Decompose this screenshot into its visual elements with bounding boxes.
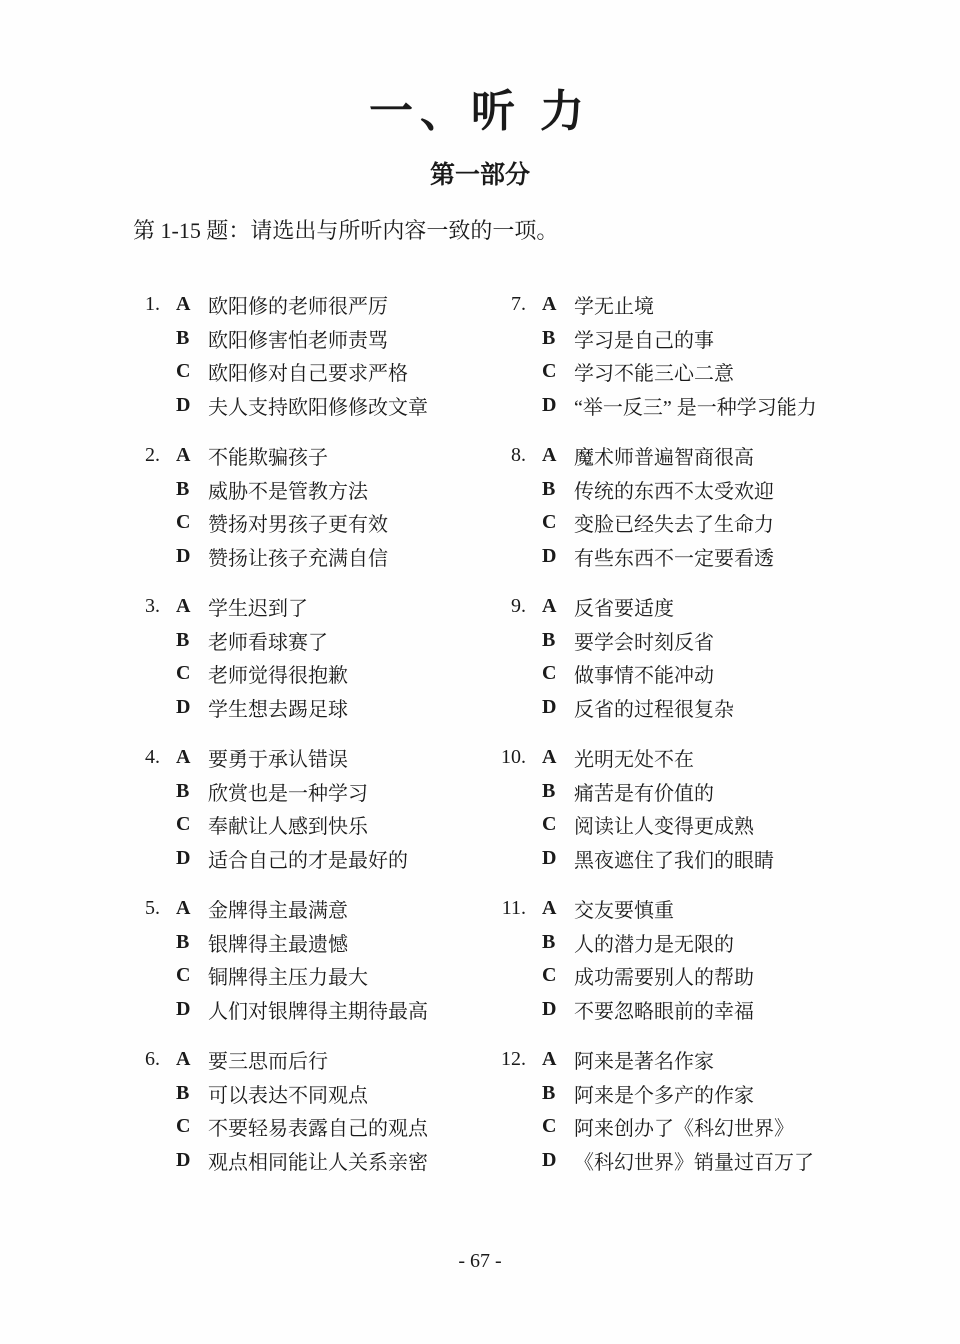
question-number: 10.	[480, 746, 526, 769]
question-block: 5.A金牌得主最满意B银牌得主最遗憾C铜牌得主压力最大D人们对银牌得主期待最高	[114, 892, 480, 1026]
option-row: 8.A魔术师普遍智商很高	[480, 439, 960, 473]
option-row: 9.A反省要适度	[480, 590, 960, 624]
option-text: 威胁不是管教方法	[208, 475, 368, 504]
option-row: C学习不能三心二意	[480, 355, 960, 389]
option-letter: A	[542, 293, 566, 316]
option-row: 10.A光明无处不在	[480, 741, 960, 775]
option-letter: C	[176, 813, 200, 836]
question-number: 12.	[480, 1048, 526, 1071]
option-row: 1.A欧阳修的老师很严厉	[114, 288, 480, 322]
option-row: B传统的东西不太受欢迎	[480, 473, 960, 507]
option-text: 交友要慎重	[574, 894, 674, 923]
option-text: 阅读让人变得更成熟	[574, 810, 754, 839]
option-row: D适合自己的才是最好的	[114, 842, 480, 876]
option-text: 人们对银牌得主期待最高	[208, 995, 428, 1024]
option-letter: B	[176, 629, 200, 652]
option-row: B欧阳修害怕老师责骂	[114, 322, 480, 356]
option-letter: D	[542, 696, 566, 719]
option-row: C阅读让人变得更成熟	[480, 808, 960, 842]
question-block: 1.A欧阳修的老师很严厉B欧阳修害怕老师责骂C欧阳修对自己要求严格D夫人支持欧阳…	[114, 288, 480, 422]
option-row: B痛苦是有价值的	[480, 775, 960, 809]
option-row: D观点相同能让人关系亲密	[114, 1144, 480, 1178]
option-letter: B	[542, 327, 566, 350]
option-text: 有些东西不一定要看透	[574, 542, 774, 571]
option-letter: C	[542, 813, 566, 836]
option-row: D不要忽略眼前的幸福	[480, 993, 960, 1027]
option-text: 金牌得主最满意	[208, 894, 348, 923]
option-letter: B	[176, 1082, 200, 1105]
question-number: 7.	[480, 293, 526, 316]
option-text: 可以表达不同观点	[208, 1079, 368, 1108]
question-block: 6.A要三思而后行B可以表达不同观点C不要轻易表露自己的观点D观点相同能让人关系…	[114, 1043, 480, 1177]
option-text: 《科幻世界》销量过百万了	[574, 1146, 814, 1175]
questions-area: 1.A欧阳修的老师很严厉B欧阳修害怕老师责骂C欧阳修对自己要求严格D夫人支持欧阳…	[0, 288, 960, 1194]
question-number: 2.	[114, 444, 160, 467]
option-row: D反省的过程很复杂	[480, 691, 960, 725]
exam-page: 一、听 力 第一部分 第 1-15 题：请选出与所听内容一致的一项。 1.A欧阳…	[0, 0, 960, 1344]
option-row: D学生想去踢足球	[114, 691, 480, 725]
option-letter: A	[176, 1048, 200, 1071]
option-row: 11.A交友要慎重	[480, 892, 960, 926]
option-text: 光明无处不在	[574, 743, 694, 772]
option-row: B人的潜力是无限的	[480, 926, 960, 960]
option-row: 2.A不能欺骗孩子	[114, 439, 480, 473]
option-letter: C	[176, 511, 200, 534]
option-row: D《科幻世界》销量过百万了	[480, 1144, 960, 1178]
option-text: 夫人支持欧阳修修改文章	[208, 391, 428, 420]
option-row: 3.A学生迟到了	[114, 590, 480, 624]
question-block: 9.A反省要适度B要学会时刻反省C做事情不能冲动D反省的过程很复杂	[480, 590, 960, 724]
option-row: B老师看球赛了	[114, 624, 480, 658]
option-row: 7.A学无止境	[480, 288, 960, 322]
option-text: 学习不能三心二意	[574, 357, 734, 386]
option-text: 适合自己的才是最好的	[208, 844, 408, 873]
question-block: 3.A学生迟到了B老师看球赛了C老师觉得很抱歉D学生想去踢足球	[114, 590, 480, 724]
question-number: 9.	[480, 595, 526, 618]
option-row: C变脸已经失去了生命力	[480, 506, 960, 540]
option-text: 欧阳修的老师很严厉	[208, 290, 388, 319]
option-letter: A	[542, 746, 566, 769]
option-letter: D	[542, 394, 566, 417]
option-letter: C	[542, 1115, 566, 1138]
option-row: 12.A阿来是著名作家	[480, 1043, 960, 1077]
option-row: B阿来是个多产的作家	[480, 1077, 960, 1111]
option-letter: A	[176, 293, 200, 316]
question-number: 3.	[114, 595, 160, 618]
question-number: 4.	[114, 746, 160, 769]
option-text: 学习是自己的事	[574, 324, 714, 353]
option-letter: C	[176, 360, 200, 383]
option-text: 银牌得主最遗憾	[208, 928, 348, 957]
option-text: 阿来是著名作家	[574, 1045, 714, 1074]
option-letter: B	[542, 1082, 566, 1105]
option-row: D有些东西不一定要看透	[480, 540, 960, 574]
option-text: “举一反三” 是一种学习能力	[574, 391, 817, 420]
option-letter: A	[176, 746, 200, 769]
option-text: 黑夜遮住了我们的眼睛	[574, 844, 774, 873]
option-row: D赞扬让孩子充满自信	[114, 540, 480, 574]
option-row: B欣赏也是一种学习	[114, 775, 480, 809]
option-text: 要三思而后行	[208, 1045, 328, 1074]
option-letter: B	[176, 780, 200, 803]
option-text: 赞扬对男孩子更有效	[208, 508, 388, 537]
question-number: 8.	[480, 444, 526, 467]
option-row: B威胁不是管教方法	[114, 473, 480, 507]
option-letter: A	[176, 444, 200, 467]
option-text: 成功需要别人的帮助	[574, 961, 754, 990]
option-letter: C	[542, 511, 566, 534]
option-text: 做事情不能冲动	[574, 659, 714, 688]
option-letter: C	[176, 662, 200, 685]
option-row: D“举一反三” 是一种学习能力	[480, 389, 960, 423]
option-text: 反省的过程很复杂	[574, 693, 734, 722]
option-text: 奉献让人感到快乐	[208, 810, 368, 839]
option-letter: A	[542, 897, 566, 920]
option-letter: D	[176, 847, 200, 870]
option-text: 魔术师普遍智商很高	[574, 441, 754, 470]
question-number: 6.	[114, 1048, 160, 1071]
option-text: 变脸已经失去了生命力	[574, 508, 774, 537]
instruction-text: 第 1-15 题：请选出与所听内容一致的一项。	[133, 218, 558, 244]
option-row: 4.A要勇于承认错误	[114, 741, 480, 775]
option-text: 不能欺骗孩子	[208, 441, 328, 470]
question-block: 8.A魔术师普遍智商很高B传统的东西不太受欢迎C变脸已经失去了生命力D有些东西不…	[480, 439, 960, 573]
option-text: 阿来创办了《科幻世界》	[574, 1112, 794, 1141]
option-letter: A	[176, 897, 200, 920]
page-number: - 67 -	[0, 1250, 960, 1273]
option-text: 要学会时刻反省	[574, 626, 714, 655]
question-block: 12.A阿来是著名作家B阿来是个多产的作家C阿来创办了《科幻世界》D《科幻世界》…	[480, 1043, 960, 1177]
option-text: 反省要适度	[574, 592, 674, 621]
question-block: 11.A交友要慎重B人的潜力是无限的C成功需要别人的帮助D不要忽略眼前的幸福	[480, 892, 960, 1026]
option-letter: D	[176, 394, 200, 417]
option-text: 观点相同能让人关系亲密	[208, 1146, 428, 1175]
option-text: 欧阳修害怕老师责骂	[208, 324, 388, 353]
page-title: 一、听 力	[0, 90, 960, 134]
option-text: 痛苦是有价值的	[574, 777, 714, 806]
option-row: C做事情不能冲动	[480, 657, 960, 691]
option-letter: D	[542, 998, 566, 1021]
option-letter: A	[542, 595, 566, 618]
option-text: 学生迟到了	[208, 592, 308, 621]
question-block: 10.A光明无处不在B痛苦是有价值的C阅读让人变得更成熟D黑夜遮住了我们的眼睛	[480, 741, 960, 875]
option-text: 学无止境	[574, 290, 654, 319]
option-letter: B	[542, 629, 566, 652]
section-title: 第一部分	[0, 163, 960, 188]
option-letter: A	[542, 1048, 566, 1071]
option-row: D夫人支持欧阳修修改文章	[114, 389, 480, 423]
option-row: C成功需要别人的帮助	[480, 959, 960, 993]
option-letter: D	[176, 1149, 200, 1172]
question-number: 5.	[114, 897, 160, 920]
option-text: 阿来是个多产的作家	[574, 1079, 754, 1108]
option-row: D黑夜遮住了我们的眼睛	[480, 842, 960, 876]
option-letter: B	[176, 327, 200, 350]
option-text: 不要忽略眼前的幸福	[574, 995, 754, 1024]
option-text: 赞扬让孩子充满自信	[208, 542, 388, 571]
option-row: B可以表达不同观点	[114, 1077, 480, 1111]
option-row: B学习是自己的事	[480, 322, 960, 356]
option-text: 学生想去踢足球	[208, 693, 348, 722]
option-text: 人的潜力是无限的	[574, 928, 734, 957]
option-text: 要勇于承认错误	[208, 743, 348, 772]
option-row: 5.A金牌得主最满意	[114, 892, 480, 926]
option-text: 欧阳修对自己要求严格	[208, 357, 408, 386]
option-letter: A	[542, 444, 566, 467]
option-text: 老师看球赛了	[208, 626, 328, 655]
question-block: 4.A要勇于承认错误B欣赏也是一种学习C奉献让人感到快乐D适合自己的才是最好的	[114, 741, 480, 875]
question-number: 1.	[114, 293, 160, 316]
option-text: 铜牌得主压力最大	[208, 961, 368, 990]
option-text: 传统的东西不太受欢迎	[574, 475, 774, 504]
option-row: C不要轻易表露自己的观点	[114, 1110, 480, 1144]
option-text: 不要轻易表露自己的观点	[208, 1112, 428, 1141]
option-letter: B	[176, 931, 200, 954]
option-letter: B	[542, 478, 566, 501]
option-row: C铜牌得主压力最大	[114, 959, 480, 993]
option-letter: D	[542, 847, 566, 870]
question-block: 2.A不能欺骗孩子B威胁不是管教方法C赞扬对男孩子更有效D赞扬让孩子充满自信	[114, 439, 480, 573]
question-number: 11.	[480, 897, 526, 920]
option-letter: C	[176, 964, 200, 987]
option-text: 欣赏也是一种学习	[208, 777, 368, 806]
questions-column-right: 7.A学无止境B学习是自己的事C学习不能三心二意D“举一反三” 是一种学习能力8…	[480, 288, 960, 1194]
question-block: 7.A学无止境B学习是自己的事C学习不能三心二意D“举一反三” 是一种学习能力	[480, 288, 960, 422]
option-letter: C	[542, 360, 566, 383]
option-letter: B	[542, 780, 566, 803]
option-letter: C	[542, 964, 566, 987]
option-letter: C	[542, 662, 566, 685]
option-letter: D	[176, 998, 200, 1021]
option-row: C赞扬对男孩子更有效	[114, 506, 480, 540]
option-row: 6.A要三思而后行	[114, 1043, 480, 1077]
option-row: C欧阳修对自己要求严格	[114, 355, 480, 389]
questions-column-left: 1.A欧阳修的老师很严厉B欧阳修害怕老师责骂C欧阳修对自己要求严格D夫人支持欧阳…	[0, 288, 480, 1194]
option-row: C老师觉得很抱歉	[114, 657, 480, 691]
option-letter: D	[176, 545, 200, 568]
option-letter: D	[176, 696, 200, 719]
option-letter: D	[542, 545, 566, 568]
option-row: B要学会时刻反省	[480, 624, 960, 658]
option-letter: B	[176, 478, 200, 501]
option-letter: A	[176, 595, 200, 618]
option-letter: D	[542, 1149, 566, 1172]
option-text: 老师觉得很抱歉	[208, 659, 348, 688]
option-row: C奉献让人感到快乐	[114, 808, 480, 842]
option-row: D人们对银牌得主期待最高	[114, 993, 480, 1027]
option-letter: C	[176, 1115, 200, 1138]
option-row: B银牌得主最遗憾	[114, 926, 480, 960]
option-letter: B	[542, 931, 566, 954]
option-row: C阿来创办了《科幻世界》	[480, 1110, 960, 1144]
